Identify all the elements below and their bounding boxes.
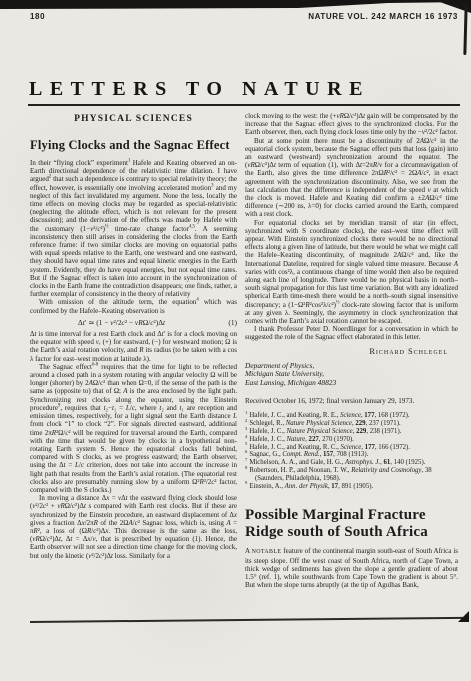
article1-paragraph: I thank Professor Peter D. Noerdlinger f… — [245, 325, 458, 341]
article1-title: Flying Clocks and the Sagnac Effect — [30, 139, 237, 152]
right-column: clock moving to the west: the (+vRΩ/c²)Δ… — [245, 112, 458, 589]
reference-list: 1Hafele, J. C., and Keating, R. E., Scie… — [245, 412, 458, 490]
running-head: 180 NATURE VOL. 242 MARCH 16 1973 — [30, 12, 458, 21]
author-signature: Richard Schlegel — [245, 347, 458, 356]
article1-paragraph: But at some point there must be a discon… — [245, 137, 458, 219]
article1-paragraph: With omission of the altitude term, the … — [30, 298, 237, 314]
category-heading: PHYSICAL SCIENCES — [30, 114, 237, 125]
article1-paragraph: Δt is time interval for a rest Earth clo… — [30, 330, 237, 363]
header-rule — [28, 104, 460, 106]
scan-artifact-bottom-rule — [30, 617, 463, 623]
article2-paragraph: A NOTABLE feature of the continental mar… — [245, 547, 458, 589]
article1-paragraph: clock moving to the west: the (+vRΩ/c²)Δ… — [245, 112, 458, 137]
reference-item: 3Hafele, J. C., Nature Physical Science,… — [245, 428, 458, 436]
article1-paragraph: For equatorial clocks set by meridian tr… — [245, 219, 458, 326]
journal-page-scan: 180 NATURE VOL. 242 MARCH 16 1973 LETTER… — [0, 0, 471, 681]
affiliation: Department of Physics, Michigan State Un… — [245, 362, 458, 388]
scan-artifact-right-mark — [463, 5, 467, 55]
received-date: Received October 16, 1972; final version… — [245, 397, 458, 405]
reference-item: 8Robertson, H. P., and Noonan, T. W., Re… — [245, 467, 458, 483]
left-column: PHYSICAL SCIENCES Flying Clocks and the … — [30, 112, 237, 560]
article1-paragraph: The Sagnac effect6-8 requires that the t… — [30, 363, 237, 494]
affiliation-line: East Lansing, Michigan 48823 — [245, 379, 458, 388]
reference-item: 7Michelson, A. A., and Gale, H. G., Astr… — [245, 459, 458, 467]
reference-item: 2Schlegel, R., Nature Physical Science, … — [245, 420, 458, 428]
page-number: 180 — [30, 12, 45, 21]
reference-item: 4Hafele, J. C., Nature, 227, 270 (1970). — [245, 436, 458, 444]
equation-1: Δt′ ≃ (1 − v²/2c² − vRΩ/c²)Δt (1) — [30, 319, 237, 327]
equation-body: Δt′ ≃ (1 − v²/2c² − vRΩ/c²)Δt — [30, 319, 213, 327]
equation-number: (1) — [213, 319, 237, 327]
article1-paragraph: In moving a distance Δx = vΔt the eastwa… — [30, 494, 237, 560]
reference-item: 9Einstein, A., Ann. der Physik, 17, 891 … — [245, 483, 458, 491]
journal-header: NATURE VOL. 242 MARCH 16 1973 — [308, 12, 458, 21]
article2-title: Possible Marginal Fracture Ridge south o… — [245, 507, 458, 540]
article1-paragraph: In their “flying clock” experiment1 Hafe… — [30, 159, 237, 298]
section-title: LETTERS TO NATURE — [29, 78, 370, 101]
